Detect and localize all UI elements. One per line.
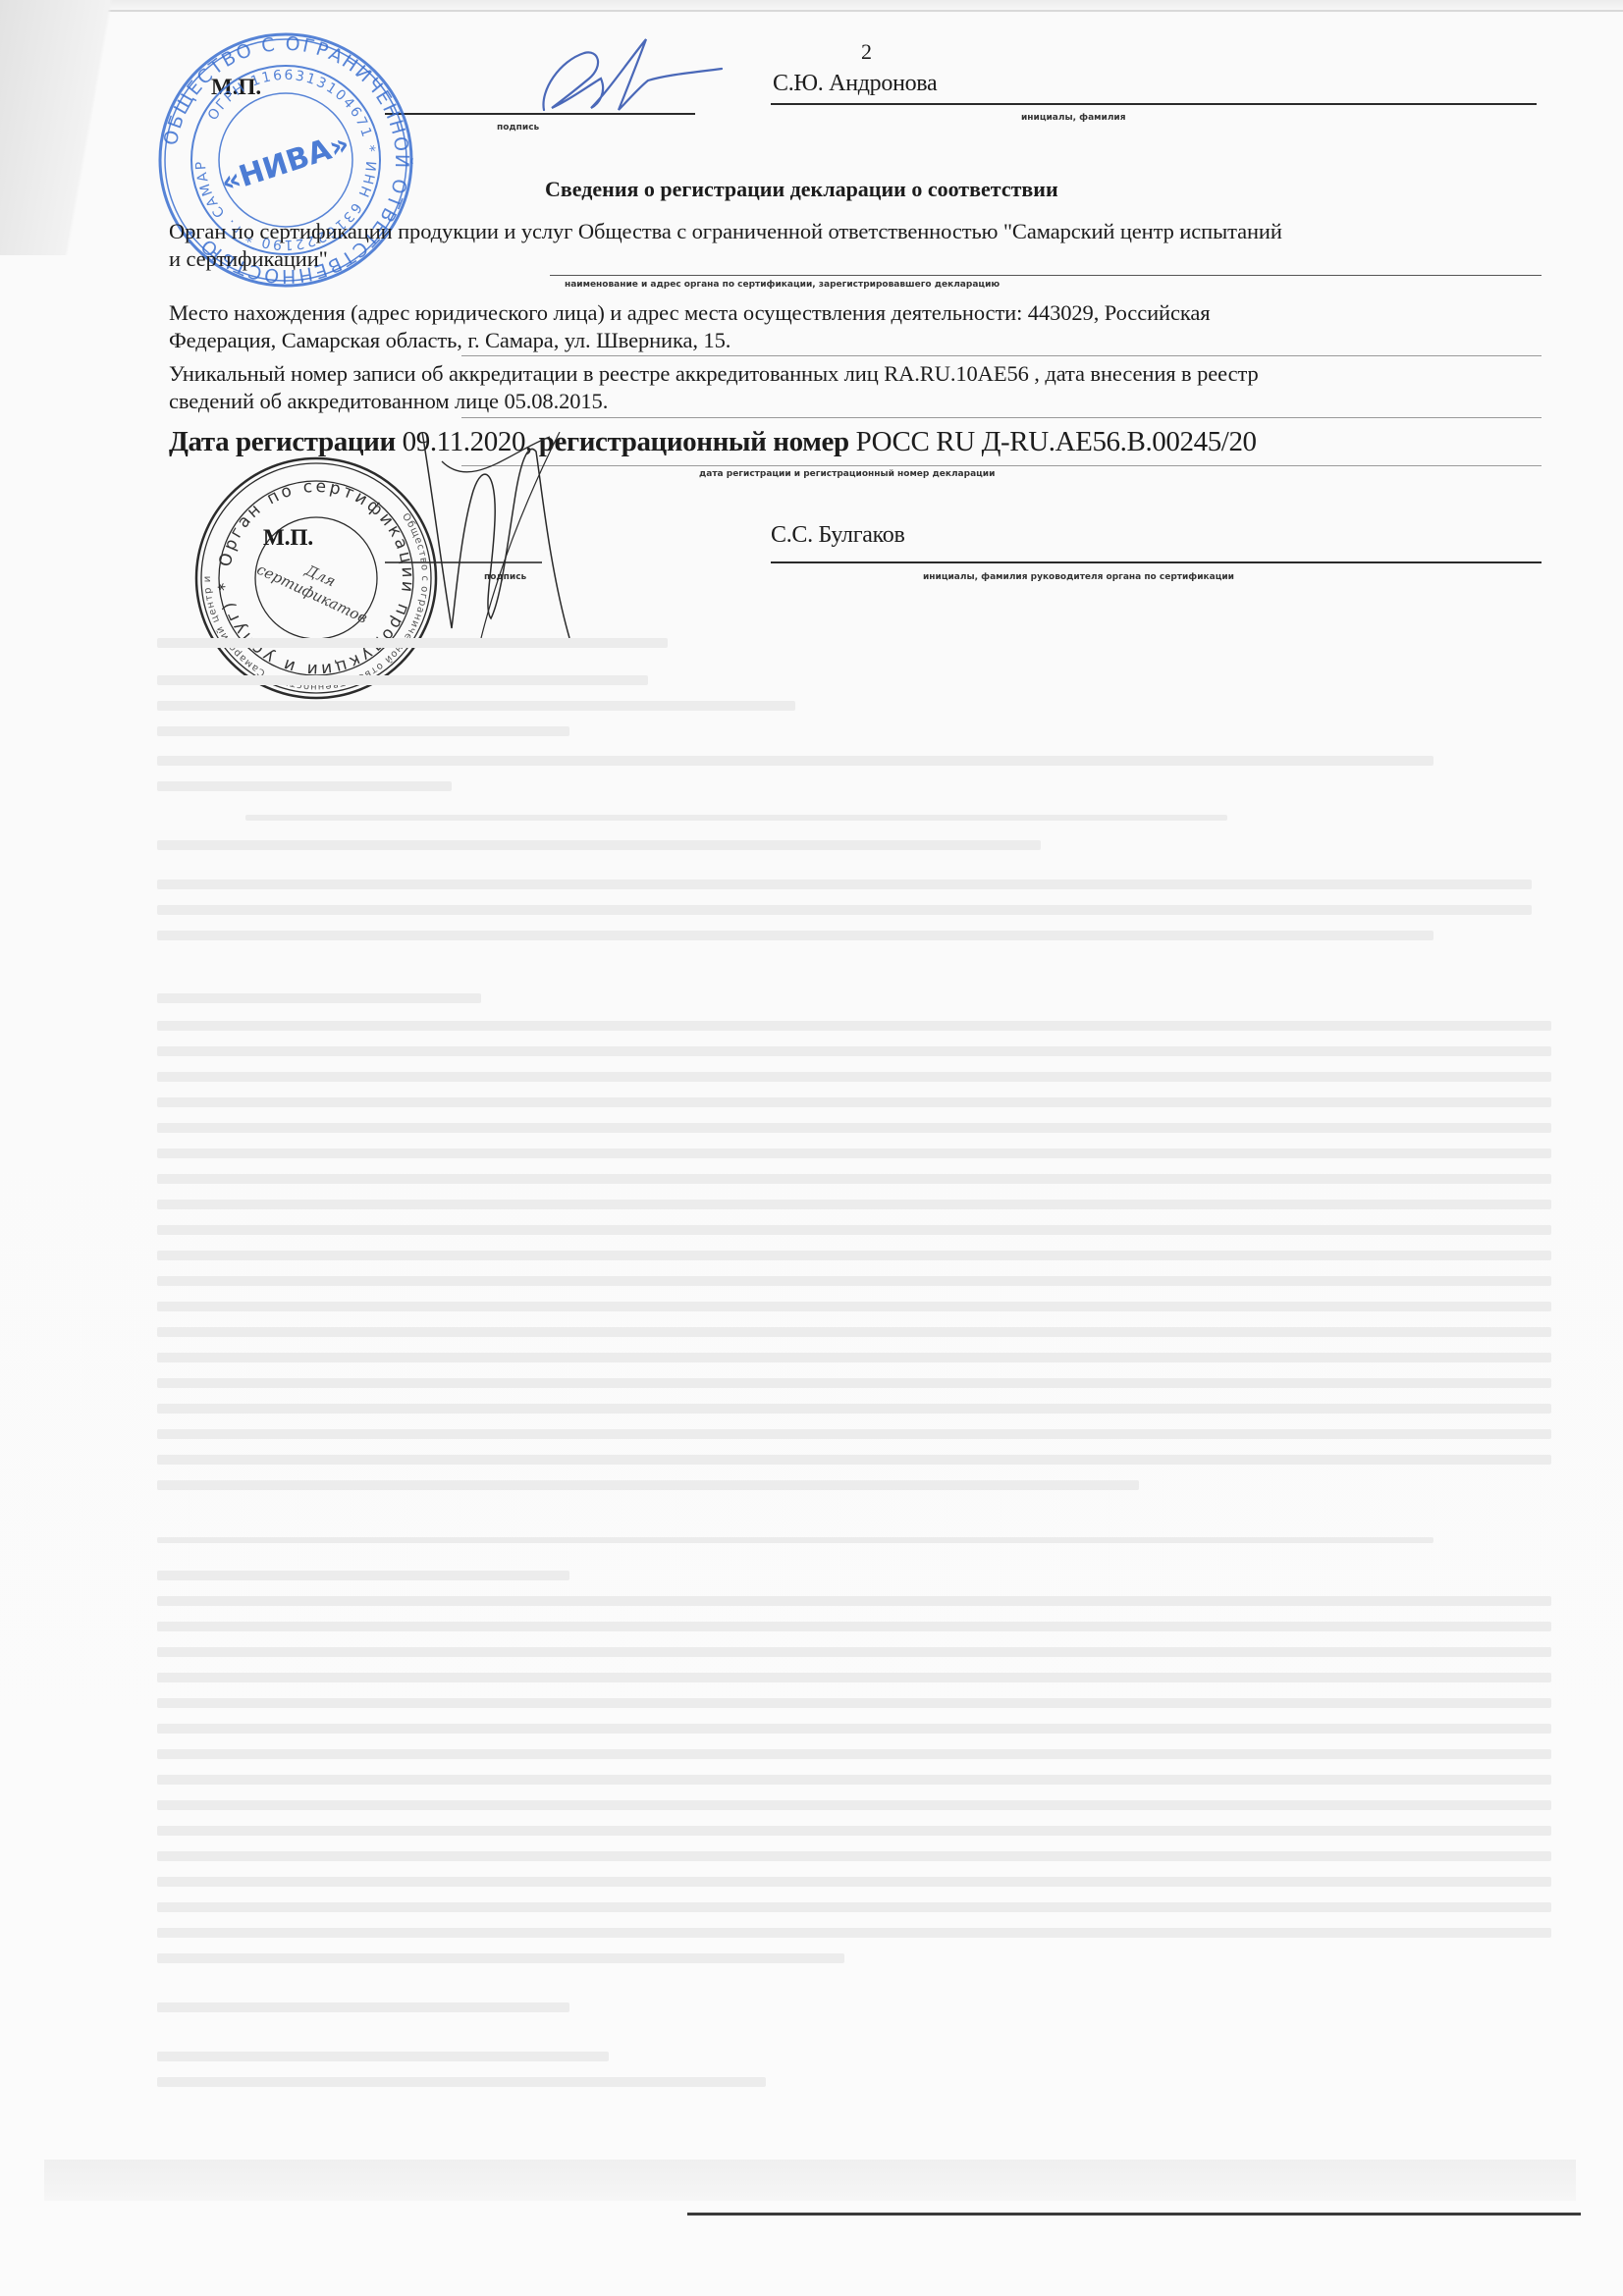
certification-body-name-line2: и сертификации" [169, 245, 328, 273]
accreditation-line1: Уникальный номер записи об аккредитации … [169, 360, 1259, 388]
head-of-certification-body-name: С.С. Булгаков [771, 522, 905, 549]
svg-text:«НИВА»: «НИВА» [217, 127, 353, 200]
accreditation-line2: сведений об аккредитованном лице 05.08.2… [169, 388, 608, 415]
name-line-2 [771, 561, 1542, 563]
signatory-name: С.Ю. Андронова [773, 71, 937, 97]
address-underline [461, 355, 1542, 356]
handwritten-signature-andronova [530, 31, 727, 120]
certification-body-name-line1: Орган по сертификации продукции и услуг … [169, 218, 1282, 245]
accreditation-underline [461, 417, 1542, 418]
bottom-rule [687, 2213, 1581, 2216]
certification-body-seal: Общество с ограниченной ответственностью… [191, 454, 442, 704]
certification-body-underline [550, 275, 1542, 276]
address-line1: Место нахождения (адрес юридического лиц… [169, 299, 1210, 327]
registration-number: РОСС RU Д-RU.АЕ56.В.00245/20 [856, 426, 1257, 457]
section-heading: Сведения о регистрации декларации о соот… [545, 177, 1058, 202]
folded-corner-shadow [0, 0, 137, 255]
certification-body-caption: наименование и адрес органа по сертифика… [565, 280, 1000, 290]
scan-top-edge [0, 10, 1623, 12]
signature-caption: подпись [497, 123, 539, 133]
scan-bottom-shadow [44, 2160, 1576, 2201]
page-number: 2 [861, 39, 872, 65]
name-caption: инициалы, фамилия [1021, 113, 1126, 123]
seal-place-label-2-overlay: М.П. [263, 525, 313, 551]
name-caption-2: инициалы, фамилия руководителя органа по… [923, 572, 1234, 582]
registration-caption: дата регистрации и регистрационный номер… [699, 469, 995, 479]
address-line2: Федерация, Самарская область, г. Самара,… [169, 327, 730, 354]
registration-underline [461, 465, 1542, 466]
name-line [771, 103, 1537, 105]
